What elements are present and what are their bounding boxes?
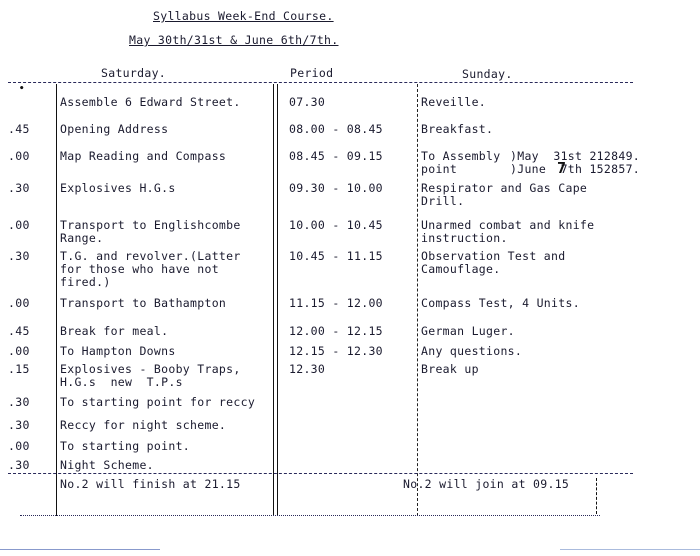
saturday-activity: Transport to Bathampton [60, 297, 226, 310]
sunday-activity: Any questions. [421, 345, 522, 358]
column-header-period: Period [290, 67, 333, 80]
saturday-activity: Break for meal. [60, 325, 168, 338]
saturday-time: .45 [8, 123, 30, 136]
saturday-activity: T.G. and revolver.(Latter for those who … [60, 250, 241, 289]
footer-rule [8, 473, 633, 474]
saturday-activity: Assemble 6 Edward Street. [60, 96, 241, 109]
document-subtitle: May 30th/31st & June 6th/7th. [129, 33, 338, 47]
period-value: 09.30 - 10.00 [289, 182, 383, 195]
stray-dot: • [19, 84, 24, 94]
scan-artifact-line [0, 549, 160, 550]
sunday-activity: Unarmed combat and knife instruction. [421, 219, 594, 245]
saturday-time: .30 [8, 419, 30, 432]
period-value: 08.45 - 09.15 [289, 150, 383, 163]
saturday-time: .30 [8, 182, 30, 195]
saturday-time: .15 [8, 363, 30, 376]
saturday-activity: Transport to Englishcombe Range. [60, 219, 241, 245]
period-value: 08.00 - 08.45 [289, 123, 383, 136]
saturday-time: .00 [8, 440, 30, 453]
footer-sunday-note: No.2 will join at 09.15 [403, 478, 569, 491]
sunday-activity: To Assembly point [421, 150, 500, 176]
saturday-time: .30 [8, 396, 30, 409]
saturday-time: .00 [8, 345, 30, 358]
period-value: 10.00 - 10.45 [289, 219, 383, 232]
saturday-activity: To Hampton Downs [60, 345, 176, 358]
saturday-activity: To starting point. [60, 440, 190, 453]
footer-saturday-note: No.2 will finish at 21.15 [60, 478, 241, 491]
saturday-time: .00 [8, 150, 30, 163]
period-value: 11.15 - 12.00 [289, 297, 383, 310]
saturday-activity: Reccy for night scheme. [60, 419, 226, 432]
scan-artifact-line [560, 549, 700, 550]
column-divider-saturday [273, 84, 274, 516]
saturday-time: .45 [8, 325, 30, 338]
saturday-activity: Map Reading and Compass [60, 150, 226, 163]
saturday-activity: To starting point for reccy [60, 396, 255, 409]
header-rule [8, 82, 633, 83]
bottom-rule [20, 515, 600, 516]
document-title: Syllabus Week-End Course. [153, 9, 334, 23]
saturday-activity: Night Scheme. [60, 459, 154, 472]
column-header-sunday: Sunday. [462, 68, 513, 81]
saturday-time: .30 [8, 459, 30, 472]
assembly-note-line2: )June 7th 152857. [510, 163, 640, 176]
column-header-saturday: Saturday. [101, 67, 166, 80]
sunday-activity: Breakfast. [421, 123, 493, 136]
period-value: 10.45 - 11.15 [289, 250, 383, 263]
syllabus-document: Syllabus Week-End Course. May 30th/31st … [0, 0, 700, 556]
sunday-activity: Respirator and Gas Cape Drill. [421, 182, 587, 208]
sunday-activity: Reveille. [421, 96, 486, 109]
saturday-activity: Explosives H.G.s [60, 182, 176, 195]
footer-sunday-divider [596, 478, 597, 514]
period-value: 12.30 [289, 363, 325, 376]
period-value: 07.30 [289, 96, 325, 109]
saturday-activity: Opening Address [60, 123, 168, 136]
column-divider-saturday-double [277, 84, 278, 516]
sunday-activity: Break up [421, 363, 479, 376]
sunday-activity: Observation Test and Camouflage. [421, 250, 565, 276]
sunday-activity: German Luger. [421, 325, 515, 338]
saturday-time: .00 [8, 219, 30, 232]
saturday-time: .30 [8, 250, 30, 263]
saturday-activity: Explosives - Booby Traps, H.G.s new T.P.… [60, 363, 241, 389]
handwritten-correction-mark: 7 [557, 159, 566, 177]
period-value: 12.00 - 12.15 [289, 325, 383, 338]
column-divider-period [417, 84, 418, 516]
sunday-activity: Compass Test, 4 Units. [421, 297, 580, 310]
column-divider-time [56, 84, 57, 516]
period-value: 12.15 - 12.30 [289, 345, 383, 358]
saturday-time: .00 [8, 297, 30, 310]
